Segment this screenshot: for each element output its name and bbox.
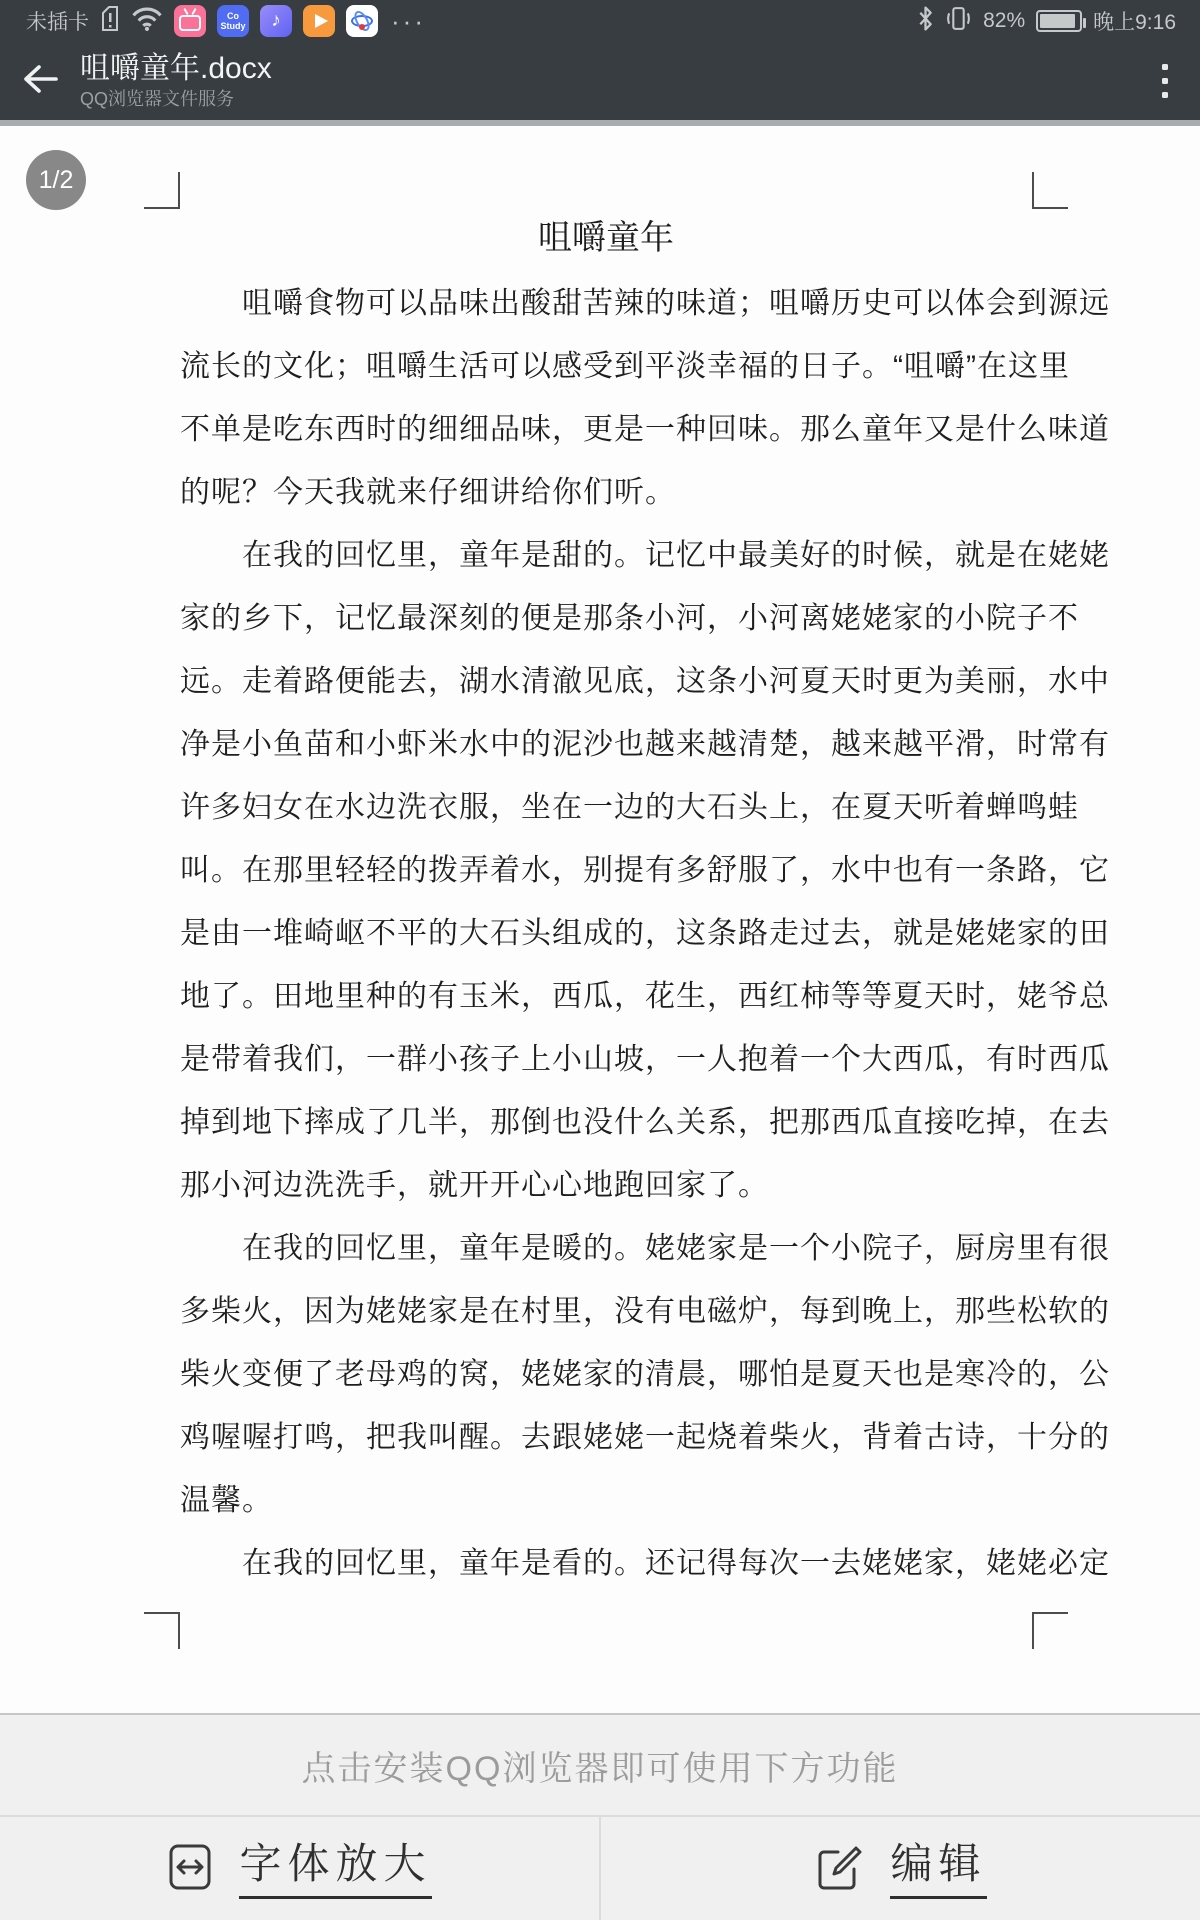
app-header: 咀嚼童年.docx QQ浏览器文件服务 — [0, 42, 1200, 120]
font-zoom-label: 字体放大 — [239, 1840, 431, 1899]
text-boundary-mark-bottom-right — [1032, 1612, 1068, 1649]
kebab-menu-icon — [1162, 64, 1168, 70]
music-app-icon: ♪ — [260, 5, 292, 37]
font-zoom-button[interactable]: 字体放大 — [0, 1817, 601, 1920]
doc-line: 净是小鱼苗和小虾米水中的泥沙也越来越清楚，越来越平滑，时常有 — [180, 713, 1050, 776]
doc-line: 不单是吃东西时的细细品味，更是一种回味。那么童年又是什么味道 — [180, 398, 1050, 461]
text-boundary-mark-bottom-left — [144, 1612, 180, 1649]
font-size-icon — [167, 1842, 213, 1897]
bottom-toolbar: 点击安装QQ浏览器即可使用下方功能 字体放大 编辑 — [0, 1713, 1200, 1920]
doc-line: 流长的文化；咀嚼生活可以感受到平淡幸福的日子。“咀嚼”在这里 — [180, 335, 1050, 398]
text-boundary-mark-top-left — [144, 172, 180, 209]
bluetooth-icon — [917, 5, 934, 37]
costudy-app-icon: Co Study — [217, 5, 249, 37]
back-button[interactable] — [0, 42, 80, 120]
doc-line: 掉到地下摔成了几半，那倒也没什么关系，把那西瓜直接吃掉，在去 — [180, 1091, 1050, 1154]
bilibili-app-icon — [174, 5, 206, 37]
doc-line: 鸡喔喔打鸣，把我叫醒。去跟姥姥一起烧着柴火，背着古诗，十分的 — [180, 1406, 1050, 1469]
doc-line: 是带着我们，一群小孩子上小山坡，一人抱着一个大西瓜，有时西瓜 — [180, 1028, 1050, 1091]
install-qq-browser-banner[interactable]: 点击安装QQ浏览器即可使用下方功能 — [0, 1715, 1200, 1815]
text-boundary-mark-top-right — [1032, 172, 1068, 209]
document-title: 咀嚼童年 — [180, 210, 1032, 266]
doc-line: 多柴火，因为姥姥家是在村里，没有电磁炉，每到晚上，那些松软的 — [180, 1280, 1050, 1343]
document-page[interactable]: 1/2 咀嚼童年 咀嚼食物可以品味出酸甜苦辣的味道；咀嚼历史可以体会到源远 流长… — [0, 126, 1200, 1713]
edit-pencil-icon — [814, 1842, 864, 1897]
file-title: 咀嚼童年.docx — [80, 53, 1130, 85]
doc-line: 在我的回忆里，童年是暖的。姥姥家是一个小院子，厨房里有很 — [180, 1217, 1050, 1280]
install-banner-text: 点击安装QQ浏览器即可使用下方功能 — [302, 1741, 899, 1790]
doc-line: 那小河边洗洗手，就开开心心地跑回家了。 — [180, 1154, 1050, 1217]
status-bar: 未插卡 Co Study ♪ — [0, 0, 1200, 42]
battery-percent-label: 82% — [983, 9, 1025, 33]
doc-line: 柴火变便了老母鸡的窝，姥姥家的清晨，哪怕是夏天也是寒冷的，公 — [180, 1343, 1050, 1406]
file-subtitle: QQ浏览器文件服务 — [80, 89, 1130, 109]
atom-app-icon — [346, 5, 378, 37]
back-arrow-icon — [21, 63, 59, 100]
doc-line: 远。走着路便能去，湖水清澈见底，这条小河夏天时更为美丽，水中 — [180, 650, 1050, 713]
doc-line: 的呢？今天我就来仔细讲给你们听。 — [180, 461, 1050, 524]
doc-line: 家的乡下，记忆最深刻的便是那条小河，小河离姥姥家的小院子不 — [180, 587, 1050, 650]
sim-alert-icon — [100, 5, 120, 37]
doc-line: 叫。在那里轻轻的拨弄着水，别提有多舒服了，水中也有一条路，它 — [180, 839, 1050, 902]
doc-line: 许多妇女在水边洗衣服，坐在一边的大石头上，在夏天听着蝉鸣蛙 — [180, 776, 1050, 839]
doc-line: 在我的回忆里，童年是甜的。记忆中最美好的时候，就是在姥姥 — [180, 524, 1050, 587]
doc-line: 咀嚼食物可以品味出酸甜苦辣的味道；咀嚼历史可以体会到源远 — [180, 272, 1050, 335]
wifi-icon — [131, 5, 163, 37]
video-play-app-icon — [303, 5, 335, 37]
doc-line: 温馨。 — [180, 1469, 1050, 1532]
edit-label: 编辑 — [890, 1840, 986, 1899]
clock-label: 晚上9:16 — [1093, 6, 1176, 36]
overflow-menu-button[interactable] — [1130, 42, 1200, 120]
more-icons-ellipsis: ··· — [391, 6, 426, 37]
doc-line: 是由一堆崎岖不平的大石头组成的，这条路走过去，就是姥姥家的田 — [180, 902, 1050, 965]
battery-icon — [1036, 10, 1082, 32]
no-sim-label: 未插卡 — [26, 6, 89, 36]
edit-button[interactable]: 编辑 — [601, 1817, 1200, 1920]
vibrate-icon — [945, 5, 972, 37]
page-indicator-badge: 1/2 — [26, 150, 86, 210]
document-body: 咀嚼食物可以品味出酸甜苦辣的味道；咀嚼历史可以体会到源远 流长的文化；咀嚼生活可… — [180, 272, 1050, 1595]
doc-line: 在我的回忆里，童年是看的。还记得每次一去姥姥家，姥姥必定 — [180, 1532, 1050, 1595]
doc-line: 地了。田地里种的有玉米，西瓜，花生，西红柿等等夏天时，姥爷总 — [180, 965, 1050, 1028]
